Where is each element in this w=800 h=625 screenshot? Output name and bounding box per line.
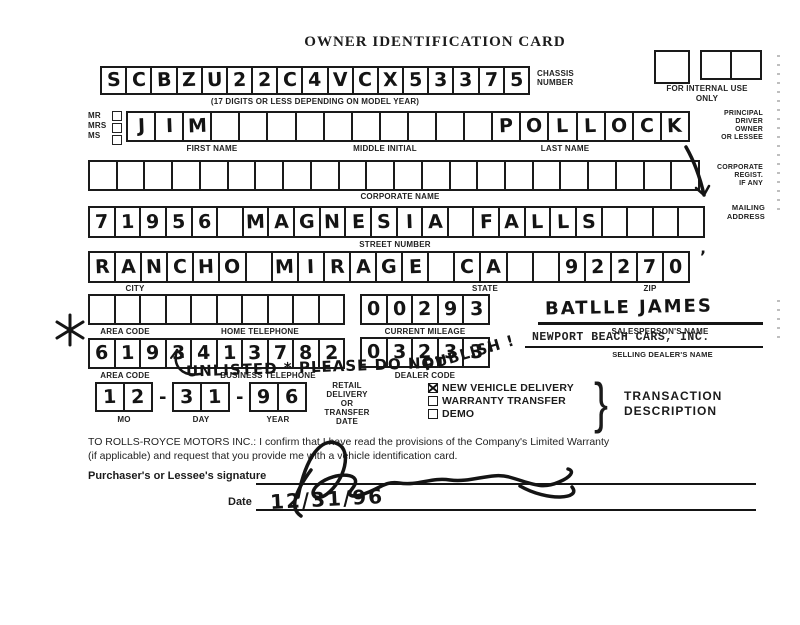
unlisted-note-arrow (171, 350, 200, 374)
scan-artifact-column (777, 55, 780, 210)
scan-artifact-column-2 (777, 300, 780, 340)
ink-overlay (0, 0, 800, 625)
unlisted-asterisk (57, 315, 83, 345)
signature-scrawl (295, 442, 574, 516)
owner-identification-card-scan: OWNER IDENTIFICATION CARD SCBZU22C4VCX53… (0, 0, 800, 625)
corporate-regist-arrow (686, 147, 709, 195)
